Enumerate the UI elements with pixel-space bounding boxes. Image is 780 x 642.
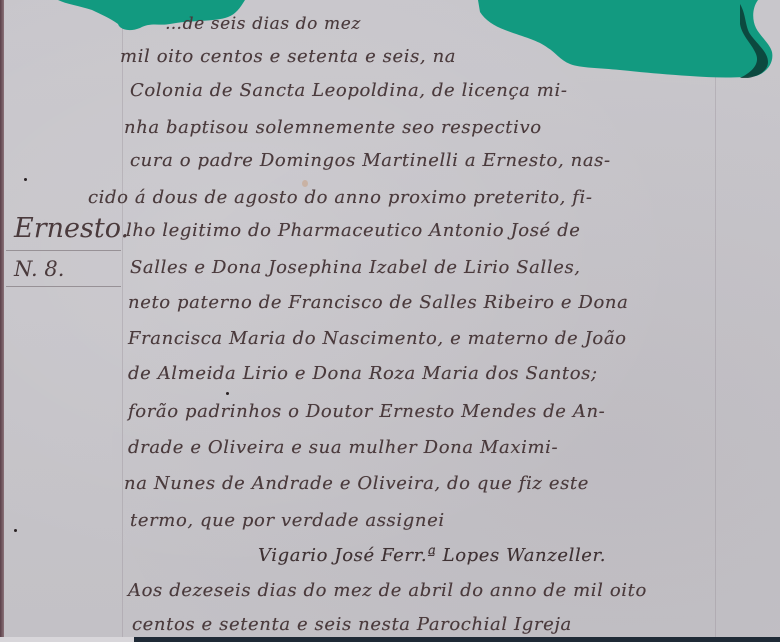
page-bottom-edge (0, 637, 134, 642)
ink-speck (14, 529, 17, 532)
text-line-2: mil oito centos e setenta e seis, na (120, 46, 456, 67)
text-line-14: na Nunes de Andrade e Oliveira, do que f… (124, 473, 589, 494)
text-line-17: Aos dezeseis dias do mez de abril do ann… (128, 580, 647, 601)
margin-divider-1 (6, 250, 121, 251)
text-line-9: neto paterno de Francisco de Salles Ribe… (128, 292, 628, 313)
margin-rule-vertical (122, 0, 123, 637)
text-line-4: nha baptisou solemnemente seo respectivo (124, 117, 542, 138)
text-line-13: drade e Oliveira e sua mulher Dona Maxim… (128, 437, 558, 458)
margin-baptism-name: Ernesto. (14, 213, 129, 244)
vicar-signature: Vigario José Ferr.ª Lopes Wanzeller. (258, 545, 606, 566)
text-line-8: Salles e Dona Josephina Izabel de Lirio … (130, 257, 581, 278)
torn-paper-edge (0, 0, 780, 90)
document-page: Ernesto. N. 8. …de seis dias do mez mil … (0, 0, 780, 642)
margin-divider-2 (6, 286, 121, 287)
text-line-7: lho legitimo do Pharmaceutico Antonio Jo… (126, 220, 581, 241)
margin-entry-number: N. 8. (14, 257, 64, 281)
text-line-5: cura o padre Domingos Martinelli a Ernes… (130, 150, 611, 171)
text-line-11: de Almeida Lirio e Dona Roza Maria dos S… (128, 363, 598, 384)
ink-speck (226, 392, 229, 395)
right-rule-vertical (715, 0, 716, 637)
paper-stain (302, 180, 308, 187)
ink-speck (24, 178, 27, 181)
text-line-12: forão padrinhos o Doutor Ernesto Mendes … (128, 401, 605, 422)
text-line-3: Colonia de Sancta Leopoldina, de licença… (130, 80, 568, 101)
text-line-6: cido á dous de agosto do anno proximo pr… (88, 187, 593, 208)
text-line-1: …de seis dias do mez (165, 14, 361, 34)
text-line-18: centos e setenta e seis nesta Parochial … (132, 614, 572, 635)
background-strip (134, 637, 780, 642)
text-line-15: termo, que por verdade assignei (130, 510, 445, 531)
page-left-edge (0, 0, 4, 642)
text-line-10: Francisca Maria do Nascimento, e materno… (128, 328, 627, 349)
